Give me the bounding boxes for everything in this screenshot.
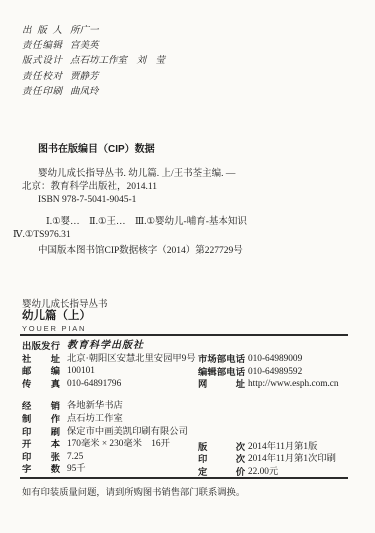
pub-row-sheets: 印张7.25 [22, 451, 196, 464]
pub-label: 传真 [22, 378, 60, 391]
pub-value: http://www.esph.com.cn [248, 379, 339, 389]
pub-value: 95千 [67, 464, 86, 474]
pub-value: 各地新华书店 [67, 401, 123, 411]
cip-publisher-line: 北京：教育科学出版社，2014.11 [22, 181, 157, 193]
pub-row-production: 制作点石坊工作室 [22, 413, 196, 426]
pub-label: 开本 [22, 438, 60, 451]
pub-label: 网址 [198, 378, 245, 391]
pub-value: 2014年11月第1版 [248, 442, 317, 452]
pub-label: 邮编 [22, 365, 60, 378]
column-gap [22, 390, 196, 400]
credit-value: 贾静芳 [70, 72, 99, 82]
pub-row-fax: 传真010-64891796 [22, 378, 196, 391]
credit-value: 宫美英 [70, 41, 99, 51]
pub-row-address: 社址北京·朝阳区安慧北里安园甲9号 [22, 353, 196, 366]
title-divider-rule [20, 334, 348, 336]
pub-row-editorial-phone: 编辑部电话010-64989592 [198, 366, 339, 379]
pub-value: 北京·朝阳区安慧北里安园甲9号 [67, 354, 196, 364]
credit-value: 所广一 [70, 26, 99, 36]
credit-value: 点石坊工作室 刘 莹 [70, 56, 165, 66]
pub-label: 版次 [198, 441, 245, 454]
book-copyright-page: 出版人所广一 责任编辑宫美英 版式设计点石坊工作室 刘 莹 责任校对贾静芳 责任… [0, 0, 375, 533]
cip-title-line: 婴幼儿成长指导丛书. 幼儿篇. 上/王书荃主编. — [38, 168, 235, 180]
pub-label: 社址 [22, 353, 60, 366]
credit-label: 版式设计 [22, 54, 62, 69]
credit-row-publisher: 出版人所广一 [22, 24, 165, 39]
pub-row-distribution: 经销各地新华书店 [22, 400, 196, 413]
credit-row-layout: 版式设计点石坊工作室 刘 莹 [22, 54, 165, 69]
pub-row-publisher: 出版发行教育科学出版社 [22, 340, 196, 353]
pub-info-left-column: 出版发行教育科学出版社 社址北京·朝阳区安慧北里安园甲9号 邮编100101 传… [22, 340, 196, 476]
pub-label: 经销 [22, 400, 60, 413]
pub-value: 保定市中画美凯印刷有限公司 [67, 427, 188, 437]
pub-value: 010-64891796 [67, 379, 121, 389]
pub-label: 编辑部电话 [198, 366, 245, 379]
pub-row-website: 网址http://www.esph.com.cn [198, 378, 339, 391]
cip-isbn: ISBN 978-7-5041-9045-1 [38, 194, 136, 206]
pub-value: 22.00元 [248, 467, 278, 477]
pub-row-wordcount: 字数95千 [22, 463, 196, 476]
pub-label: 印刷 [22, 426, 60, 439]
credit-label: 责任印刷 [22, 85, 62, 100]
credit-label: 责任校对 [22, 70, 62, 85]
credit-label: 责任编辑 [22, 39, 62, 54]
pub-label: 印张 [22, 451, 60, 464]
pub-value: 010-64989009 [248, 354, 302, 364]
pub-value: 7.25 [67, 452, 83, 462]
credit-row-editor: 责任编辑宫美英 [22, 39, 165, 54]
pub-row-postcode: 邮编100101 [22, 365, 196, 378]
pub-value: 点石坊工作室 [67, 414, 123, 424]
quality-note: 如有印装质量问题，请到所购图书销售部门联系调换。 [22, 484, 245, 498]
pub-value: 170毫米 × 230毫米 16开 [67, 439, 170, 449]
book-title-pinyin: YOUER PIAN [22, 324, 86, 333]
pub-label: 制作 [22, 413, 60, 426]
pub-row-printer: 印刷保定市中画美凯印刷有限公司 [22, 426, 196, 439]
cip-heading: 图书在版编目（CIP）数据 [38, 140, 155, 155]
pub-value: 010-64989592 [248, 367, 302, 377]
credit-value: 曲凤玲 [70, 87, 99, 97]
column-gap [198, 391, 339, 441]
cip-record-number: 中国版本图书馆CIP数据核字（2014）第227729号 [38, 245, 243, 257]
credit-row-proofreader: 责任校对贾静芳 [22, 70, 165, 85]
pub-label: 市场部电话 [198, 353, 245, 366]
publisher-logotype: 教育科学出版社 [67, 340, 144, 351]
staff-credits-block: 出版人所广一 责任编辑宫美英 版式设计点石坊工作室 刘 莹 责任校对贾静芳 责任… [22, 24, 165, 100]
credit-label: 出版人 [22, 24, 62, 39]
pub-label: 印次 [198, 453, 245, 466]
pub-info-right-column: 市场部电话010-64989009 编辑部电话010-64989592 网址ht… [198, 353, 339, 479]
pub-row-format: 开本170毫米 × 230毫米 16开 [22, 438, 196, 451]
pub-label: 字数 [22, 463, 60, 476]
pub-label: 出版发行 [22, 340, 60, 353]
cip-classification-line1: Ⅰ.①婴… Ⅱ.①王… Ⅲ.①婴幼儿-哺育-基本知识 [46, 216, 247, 228]
credit-row-printing: 责任印刷曲凤玲 [22, 85, 165, 100]
pub-value: 2014年11月第1次印刷 [248, 454, 336, 464]
cip-classification-line2: Ⅳ.①TS976.31 [13, 229, 71, 241]
pub-row-marketing-phone: 市场部电话010-64989009 [198, 353, 339, 366]
pub-row-edition: 版次2014年11月第1版 [198, 441, 339, 454]
bottom-divider-rule [20, 477, 348, 479]
book-title: 幼儿篇（上） [22, 307, 91, 323]
pub-value: 100101 [67, 366, 95, 376]
pub-row-impression: 印次2014年11月第1次印刷 [198, 453, 339, 466]
